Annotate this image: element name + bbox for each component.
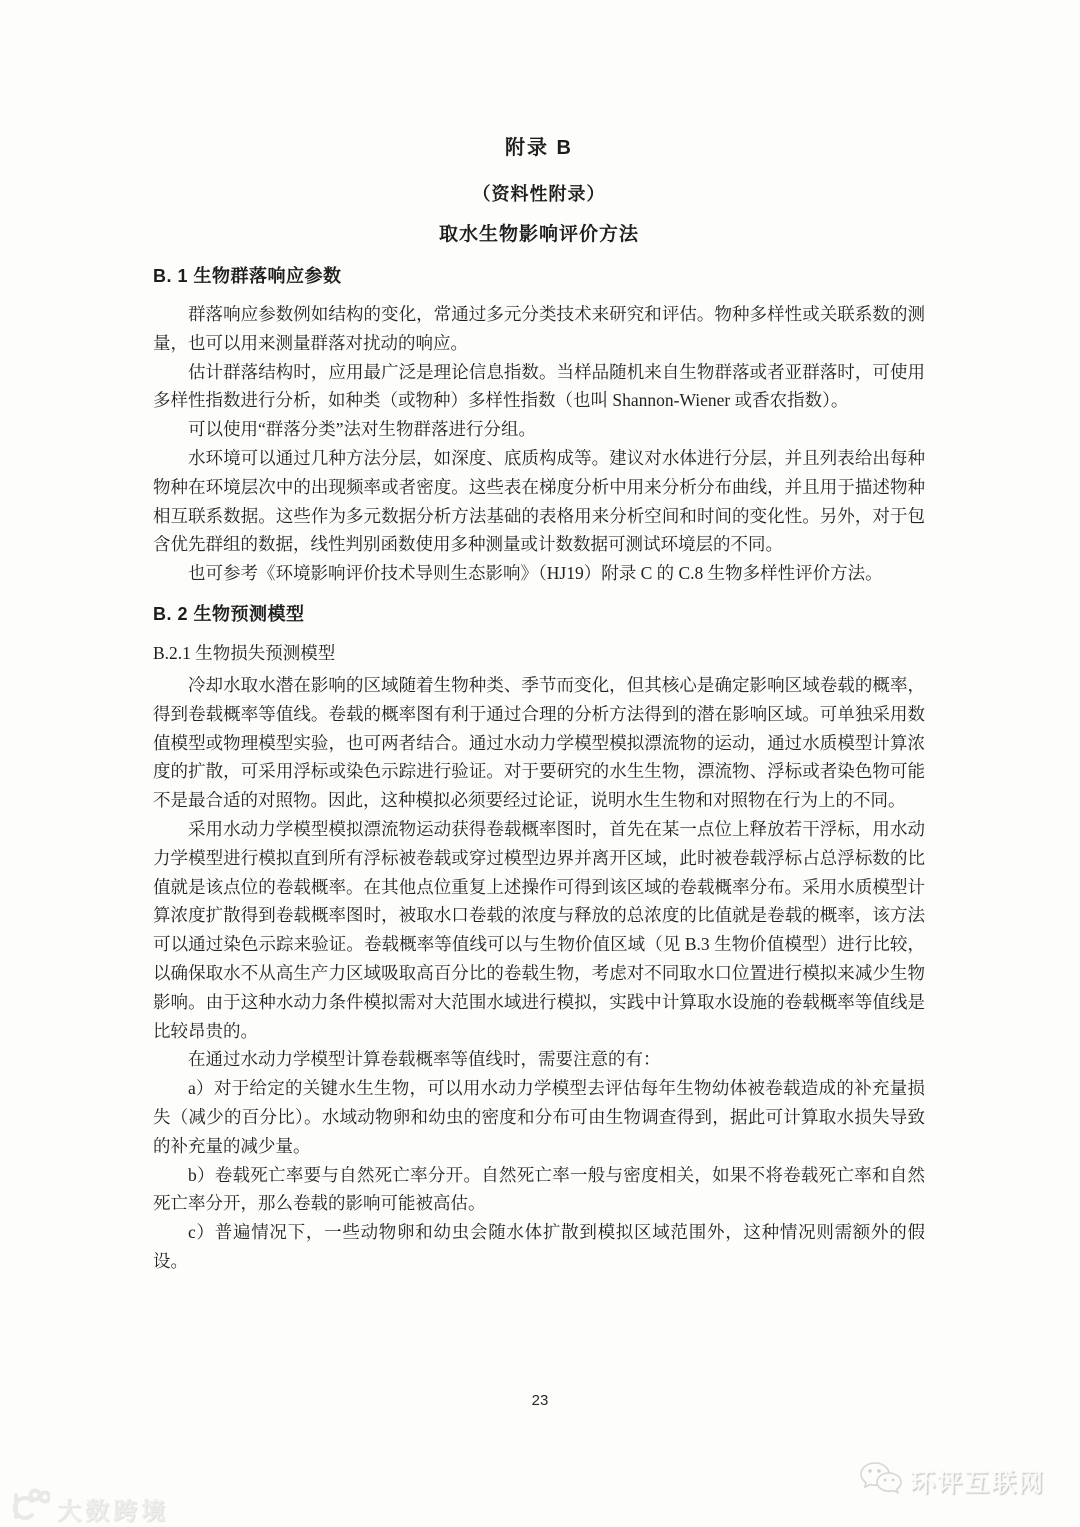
dashu-kuajing-logo-icon <box>6 1487 50 1527</box>
appendix-label: 附录 B <box>153 136 925 160</box>
paragraph: 采用水动力学模型模拟漂流物运动获得卷载概率图时，首先在某一点位上释放若干浮标，用… <box>153 815 925 1045</box>
watermark-left: 大数跨境 <box>6 1487 169 1527</box>
page-title: 取水生物影响评价方法 <box>153 222 925 248</box>
paragraph: b）卷载死亡率要与自然死亡率分开。自然死亡率一般与密度相关，如果不将卷载死亡率和… <box>153 1161 925 1219</box>
paragraph: 群落响应参数例如结构的变化，常通过多元分类技术来研究和评估。物种多样性或关联系数… <box>153 300 925 358</box>
paragraph: 可以使用“群落分类”法对生物群落进行分组。 <box>153 415 925 444</box>
document-page: 附录 B （资料性附录） 取水生物影响评价方法 B. 1 生物群落响应参数群落响… <box>0 0 1080 1527</box>
section-heading: B. 2 生物预测模型 <box>153 602 925 627</box>
paragraph: a）对于给定的关键水生生物，可以用水动力学模型去评估每年生物幼体被卷载造成的补充… <box>153 1074 925 1160</box>
watermark-right-label: 环评互联网 <box>910 1463 1045 1499</box>
section-heading: B. 1 生物群落响应参数 <box>153 264 925 289</box>
section-heading: B.2.1 生物损失预测模型 <box>153 641 925 666</box>
document-body: 附录 B （资料性附录） 取水生物影响评价方法 B. 1 生物群落响应参数群落响… <box>153 136 925 1276</box>
paragraph: 估计群落结构时，应用最广泛是理论信息指数。当样品随机来自生物群落或者亚群落时，可… <box>153 358 925 416</box>
page-number: 23 <box>0 1392 1080 1409</box>
paragraph: 也可参考《环境影响评价技术导则生态影响》（HJ19）附录 C 的 C.8 生物多… <box>153 559 925 588</box>
wechat-icon <box>858 1459 904 1502</box>
watermark-left-label: 大数跨境 <box>57 1491 169 1526</box>
paragraph: 冷却水取水潜在影响的区域随着生物种类、季节而变化，但其核心是确定影响区域卷载的概… <box>153 671 925 815</box>
paragraph: c）普遍情况下，一些动物卵和幼虫会随水体扩散到模拟区域范围外，这种情况则需额外的… <box>153 1218 925 1276</box>
paragraph: 在通过水动力学模型计算卷载概率等值线时，需要注意的有： <box>153 1045 925 1074</box>
document-blocks: B. 1 生物群落响应参数群落响应参数例如结构的变化，常通过多元分类技术来研究和… <box>153 264 925 1276</box>
watermark-right: 环评互联网 <box>858 1459 1045 1502</box>
appendix-type-label: （资料性附录） <box>153 182 925 206</box>
paragraph: 水环境可以通过几种方法分层，如深度、底质构成等。建议对水体进行分层，并且列表给出… <box>153 444 925 559</box>
